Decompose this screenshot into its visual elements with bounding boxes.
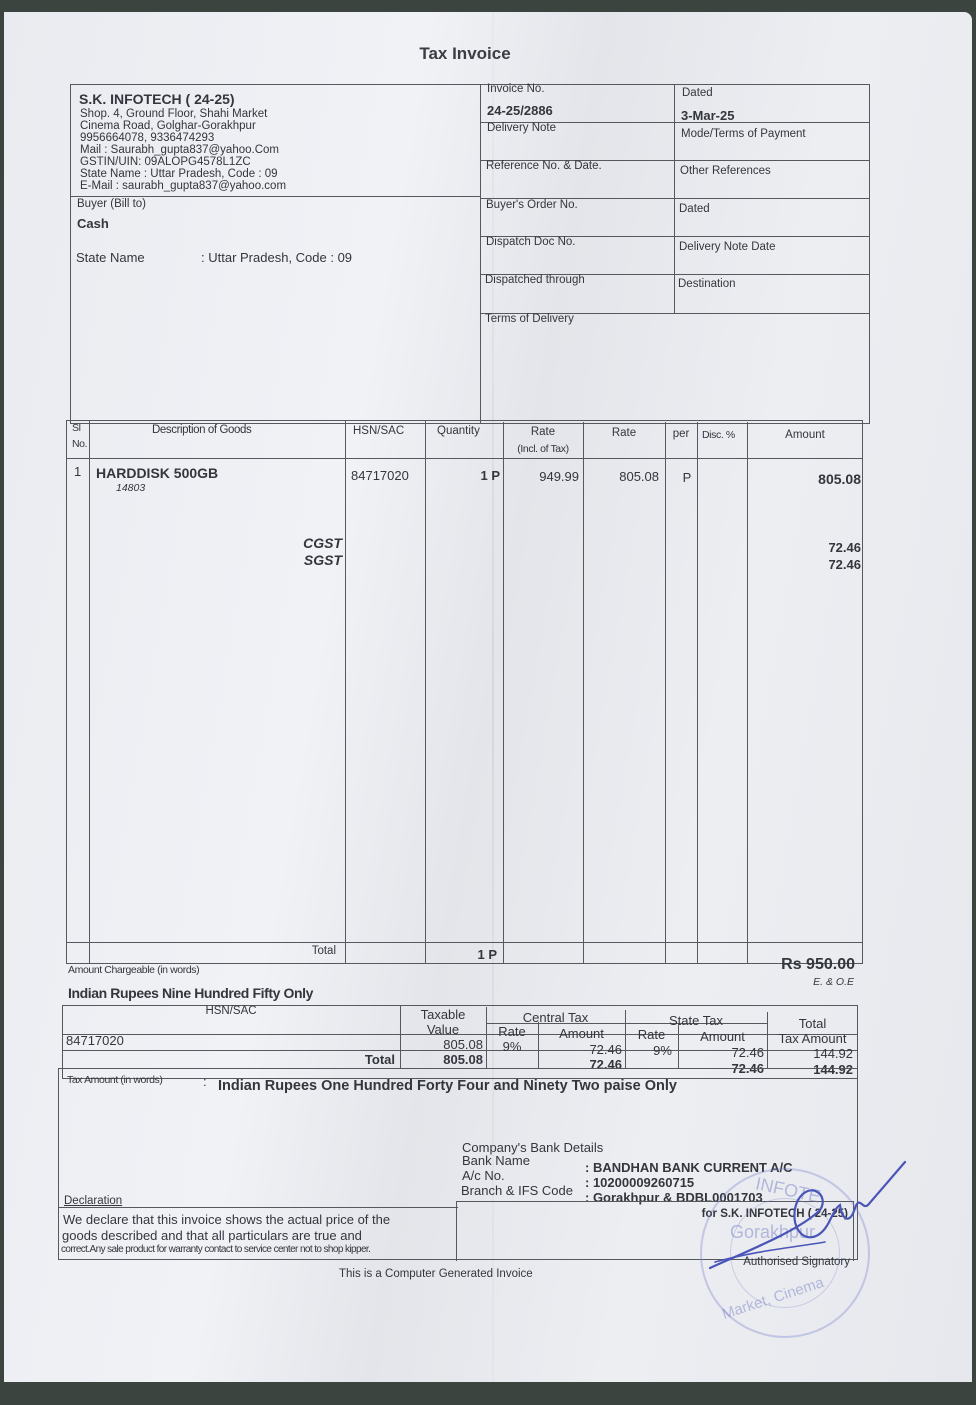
seller-address-line: Shop. 4, Ground Floor, Shahi Market	[80, 108, 267, 120]
items-header-divider	[66, 458, 863, 459]
ts-taxable-header: Taxable	[400, 1007, 486, 1022]
seller-mail: Mail : Saurabh_gupta837@yahoo.Com	[80, 144, 279, 156]
col-sl-header-2: No.	[72, 438, 87, 450]
delivery-note-date-label: Delivery Note Date	[679, 241, 776, 253]
document-title: Tax Invoice	[0, 44, 930, 64]
invoice-no: 24-25/2886	[487, 103, 553, 118]
ts-cgst-amount-header: Amount	[538, 1026, 625, 1041]
declaration-line: We declare that this invoice shows the a…	[63, 1212, 390, 1227]
col-hsn-header: HSN/SAC	[353, 425, 404, 437]
reference-label: Reference No. & Date.	[486, 160, 602, 172]
computer-generated-note: This is a Computer Generated Invoice	[339, 1268, 533, 1280]
tax-amount: 72.46	[747, 557, 861, 572]
account-number: : 10200009260715	[585, 1175, 694, 1190]
header-divider	[480, 84, 481, 424]
ts-total-header-2: Tax Amount	[767, 1031, 858, 1046]
dispatch-doc-label: Dispatch Doc No.	[486, 236, 575, 248]
destination-label: Destination	[678, 278, 736, 290]
col-sl-header: Sl	[72, 422, 81, 434]
item-quantity: 1 P	[425, 468, 500, 483]
invoice-no-label: Invoice No.	[487, 83, 545, 95]
col-disc-header: Disc. %	[702, 429, 735, 441]
item-description: HARDDISK 500GB	[96, 465, 218, 481]
buyer-state-label: State Name	[76, 250, 145, 265]
seller-state: State Name : Uttar Pradesh, Code : 09	[80, 168, 278, 180]
terms-of-delivery-label: Terms of Delivery	[485, 313, 574, 325]
seller-buyer-divider	[70, 196, 480, 197]
item-hsn: 84717020	[351, 468, 409, 483]
col-line	[665, 422, 666, 964]
ts-total-taxable: 805.08	[400, 1052, 483, 1067]
item-sl-no: 1	[74, 464, 81, 479]
col-line	[747, 422, 748, 964]
total-label: Total	[250, 945, 336, 957]
seller-phone: 9956664078, 9336474293	[80, 132, 214, 144]
mode-terms-label: Mode/Terms of Payment	[681, 128, 806, 140]
col-rate-header: Rate	[583, 427, 665, 439]
branch-label: Branch & IFS Code	[461, 1183, 573, 1198]
declaration-line: goods described and that all particulars…	[62, 1228, 362, 1243]
ts-row-total-tax: 144.92	[767, 1046, 853, 1061]
declaration-line: correct.Any sale product for warranty co…	[61, 1244, 370, 1255]
item-rate: 805.08	[583, 469, 659, 484]
dispatched-through-label: Dispatched through	[485, 274, 585, 286]
signature-icon	[690, 1150, 920, 1280]
ts-hsn-header: HSN/SAC	[62, 1005, 400, 1017]
meta-divider	[674, 84, 675, 314]
amount-in-words: Indian Rupees Nine Hundred Fifty Only	[68, 985, 313, 1001]
col-amount-header: Amount	[747, 429, 863, 441]
ts-state-tax-header: State Tax	[625, 1013, 767, 1028]
col-description-header: Description of Goods	[152, 424, 251, 436]
col-line	[345, 420, 346, 964]
buyers-order-dated-label: Dated	[679, 203, 710, 215]
buyer-name: Cash	[77, 216, 109, 231]
declaration-top-line	[58, 1207, 458, 1208]
ts-sgst-amount-header: Amount	[678, 1029, 767, 1044]
col-rate-incl-header: Rate	[503, 426, 583, 438]
dated-label: Dated	[682, 87, 713, 99]
declaration-heading: Declaration	[64, 1195, 122, 1207]
ts-sgst-rate-header: Rate	[625, 1027, 678, 1042]
ts-row-taxable: 805.08	[400, 1037, 483, 1052]
col-line	[89, 420, 90, 964]
col-line	[503, 422, 504, 964]
amount-in-words-label: Amount Chargeable (in words)	[68, 964, 199, 976]
col-line	[697, 422, 698, 964]
col-rate-incl-header-2: (Incl. of Tax)	[503, 443, 583, 455]
seller-email: E-Mail : saurabh_gupta837@yahoo.com	[80, 180, 286, 192]
seller-address-line: Cinema Road, Golghar-Gorakhpur	[80, 120, 256, 132]
ts-total-header: Total	[767, 1016, 858, 1031]
item-amount: 805.08	[747, 471, 861, 487]
tax-name: SGST	[250, 552, 342, 568]
total-quantity: 1 P	[425, 947, 497, 962]
items-total-divider	[66, 942, 863, 943]
seller-name: S.K. INFOTECH ( 24-25)	[79, 91, 235, 107]
total-amount: Rs 950.00	[747, 956, 855, 974]
tax-amount: 72.46	[747, 540, 861, 555]
ts-row-cgst-rate: 9%	[486, 1039, 538, 1054]
delivery-note-label: Delivery Note	[487, 122, 556, 134]
item-rate-incl-tax: 949.99	[503, 469, 579, 484]
col-per-header: per	[665, 428, 697, 440]
ts-central-tax-header: Central Tax	[486, 1010, 625, 1025]
ts-row-sgst-amount: 72.46	[678, 1045, 764, 1060]
ts-total-label: Total	[62, 1052, 395, 1067]
eoe-label: E. & O.E	[760, 976, 854, 988]
item-serial: 14803	[116, 482, 145, 494]
other-references-label: Other References	[680, 165, 771, 177]
tax-name: CGST	[250, 535, 342, 551]
buyer-label: Buyer (Bill to)	[77, 198, 146, 210]
ts-cgst-rate-header: Rate	[486, 1024, 538, 1039]
seller-gstin: GSTIN/UIN: 09ALOPG4578L1ZC	[80, 156, 251, 168]
buyers-order-label: Buyer's Order No.	[486, 199, 578, 211]
ts-taxable-header-2: Value	[400, 1022, 486, 1037]
items-table	[66, 420, 863, 964]
col-line	[425, 420, 426, 964]
invoice-date: 3-Mar-25	[681, 108, 734, 123]
bank-name-label: Bank Name	[462, 1153, 530, 1168]
col-line	[583, 422, 584, 964]
buyer-state-value: : Uttar Pradesh, Code : 09	[201, 250, 352, 265]
account-label: A/c No.	[462, 1168, 505, 1183]
col-quantity-header: Quantity	[437, 425, 480, 437]
item-per: P	[665, 470, 709, 485]
ts-row-cgst-amount: 72.46	[538, 1042, 622, 1057]
ts-row-hsn: 84717020	[66, 1033, 124, 1048]
